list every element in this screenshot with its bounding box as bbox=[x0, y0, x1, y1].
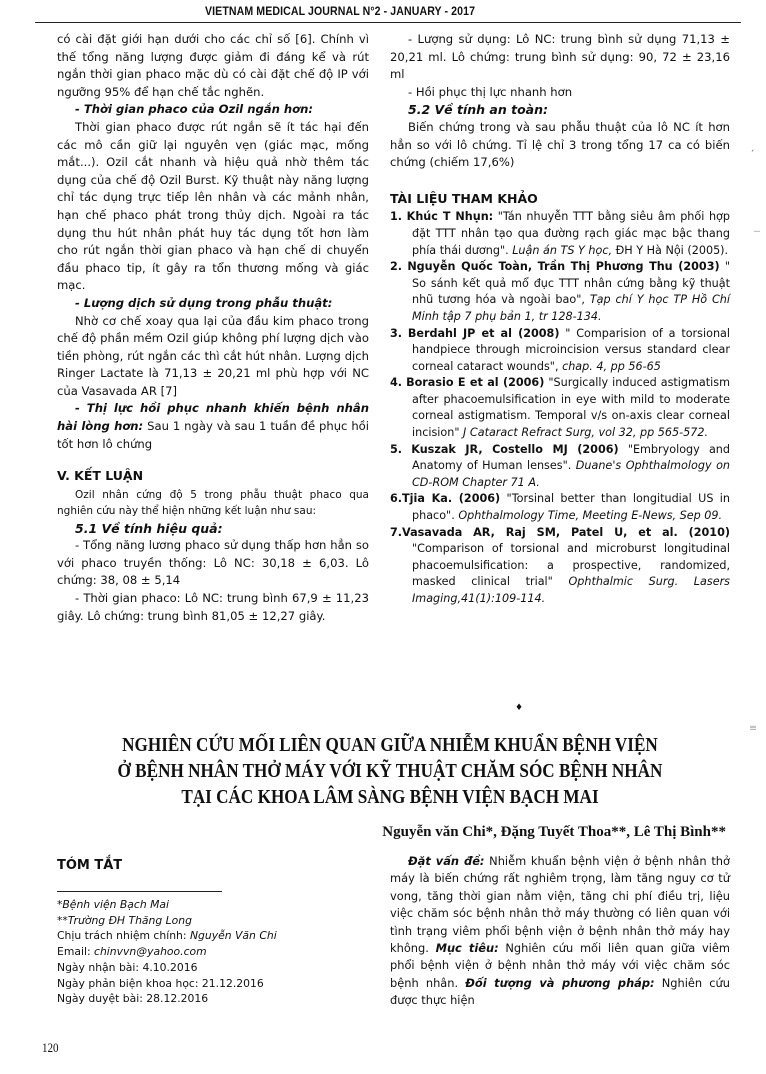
section-title-conclusion: V. KẾT LUẬN bbox=[57, 467, 369, 485]
scan-artifact: ˊ bbox=[750, 150, 755, 160]
date-reviewed: Ngày phản biện khoa học: 21.12.2016 bbox=[57, 976, 377, 992]
responsible-author: Chịu trách nhiệm chính: Nguyễn Văn Chi bbox=[57, 928, 377, 944]
journal-title: VIETNAM MEDICAL JOURNAL N°2 - JANUARY - … bbox=[205, 6, 475, 18]
reference-item: 5. Kuszak JR, Costello MJ (2006) "Embryo… bbox=[390, 442, 730, 492]
abstract-label-background: Đặt vấn đề: bbox=[408, 854, 484, 868]
scan-artifact: ⁝⁝⁝ bbox=[748, 725, 757, 730]
paragraph: Nhờ cơ chế xoay qua lại của đầu kim phac… bbox=[57, 313, 369, 401]
page-number: 120 bbox=[42, 1040, 59, 1056]
left-column: có cài đặt giới hạn dưới cho các chỉ số … bbox=[57, 31, 369, 625]
footnote-rule bbox=[57, 891, 222, 892]
email-line: Email: chinvvn@yahoo.com bbox=[57, 944, 377, 960]
list-item: - Hồi phục thị lực nhanh hơn bbox=[390, 84, 730, 102]
paragraph: Thời gian phaco được rút ngắn sẽ ít tác … bbox=[57, 119, 369, 295]
section-title-references: TÀI LIỆU THAM KHẢO bbox=[390, 190, 730, 208]
subheading-safety: 5.2 Về tính an toàn: bbox=[390, 101, 730, 119]
subheading-efficacy: 5.1 Về tính hiệu quả: bbox=[57, 520, 369, 538]
paragraph: Ozil nhân cứng độ 5 trong phẫu thuật pha… bbox=[57, 487, 369, 520]
subheading-fluid-volume: - Lượng dịch sử dụng trong phẫu thuật: bbox=[57, 295, 369, 313]
article-authors: Nguyễn văn Chi*, Đặng Tuyết Thoa**, Lê T… bbox=[382, 824, 726, 841]
paragraph: có cài đặt giới hạn dưới cho các chỉ số … bbox=[57, 31, 369, 101]
article-title: NGHIÊN CỨU MỐI LIÊN QUAN GIỮA NHIỄM KHUẨ… bbox=[100, 733, 681, 811]
reference-item: 3. Berdahl JP et al (2008) " Comparision… bbox=[390, 326, 730, 376]
reference-item: 7.Vasavada AR, Raj SM, Patel U, et al. (… bbox=[390, 525, 730, 608]
paragraph-vision-recovery: - Thị lực hồi phục nhanh khiến bệnh nhân… bbox=[57, 400, 369, 453]
list-item: - Lượng sử dụng: Lô NC: trung bình sử dụ… bbox=[390, 31, 730, 84]
affiliation: *Bệnh viện Bạch Mai bbox=[57, 898, 169, 911]
reference-list: 1. Khúc T Nhụn: "Tán nhuyễn TTT bằng siê… bbox=[390, 209, 730, 607]
footnotes: *Bệnh viện Bạch Mai **Trường ĐH Thăng Lo… bbox=[57, 897, 377, 1007]
list-item: - Tổng năng lương phaco sử dụng thấp hơn… bbox=[57, 537, 369, 590]
paragraph: Biến chứng trong và sau phẫu thuật của l… bbox=[390, 119, 730, 172]
scan-artifact: ⁝ bbox=[752, 230, 761, 233]
subheading-phaco-time: - Thời gian phaco của Ozil ngắn hơn: bbox=[57, 101, 369, 119]
reference-item: 1. Khúc T Nhụn: "Tán nhuyễn TTT bằng siê… bbox=[390, 209, 730, 259]
right-column: - Lượng sử dụng: Lô NC: trung bình sử dụ… bbox=[390, 31, 730, 608]
abstract-label-methods: Đối tượng và phương pháp: bbox=[465, 976, 654, 990]
reference-item: 2. Nguyễn Quốc Toàn, Trần Thị Phương Thu… bbox=[390, 259, 730, 325]
running-header: VIETNAM MEDICAL JOURNAL N°2 - JANUARY - … bbox=[0, 4, 766, 24]
abstract-label-objective: Mục tiêu: bbox=[436, 941, 499, 955]
reference-item: 4. Borasio E et al (2006) "Surgically in… bbox=[390, 375, 730, 441]
affiliation: **Trường ĐH Thăng Long bbox=[57, 914, 192, 927]
reference-item: 6.Tjia Ka. (2006) "Torsinal better than … bbox=[390, 491, 730, 524]
email-link[interactable]: chinvvn@yahoo.com bbox=[94, 945, 207, 958]
date-received: Ngày nhận bài: 4.10.2016 bbox=[57, 960, 377, 976]
list-item: - Thời gian phaco: Lô NC: trung bình 67,… bbox=[57, 590, 369, 625]
separator-diamond-icon: ♦ bbox=[515, 703, 523, 713]
date-accepted: Ngày duyệt bài: 28.12.2016 bbox=[57, 991, 377, 1007]
abstract-heading: TÓM TẮT bbox=[57, 858, 122, 873]
header-rule bbox=[35, 22, 741, 23]
abstract-body: Đặt vấn đề: Nhiễm khuẩn bệnh viện ở bệnh… bbox=[390, 853, 730, 1010]
